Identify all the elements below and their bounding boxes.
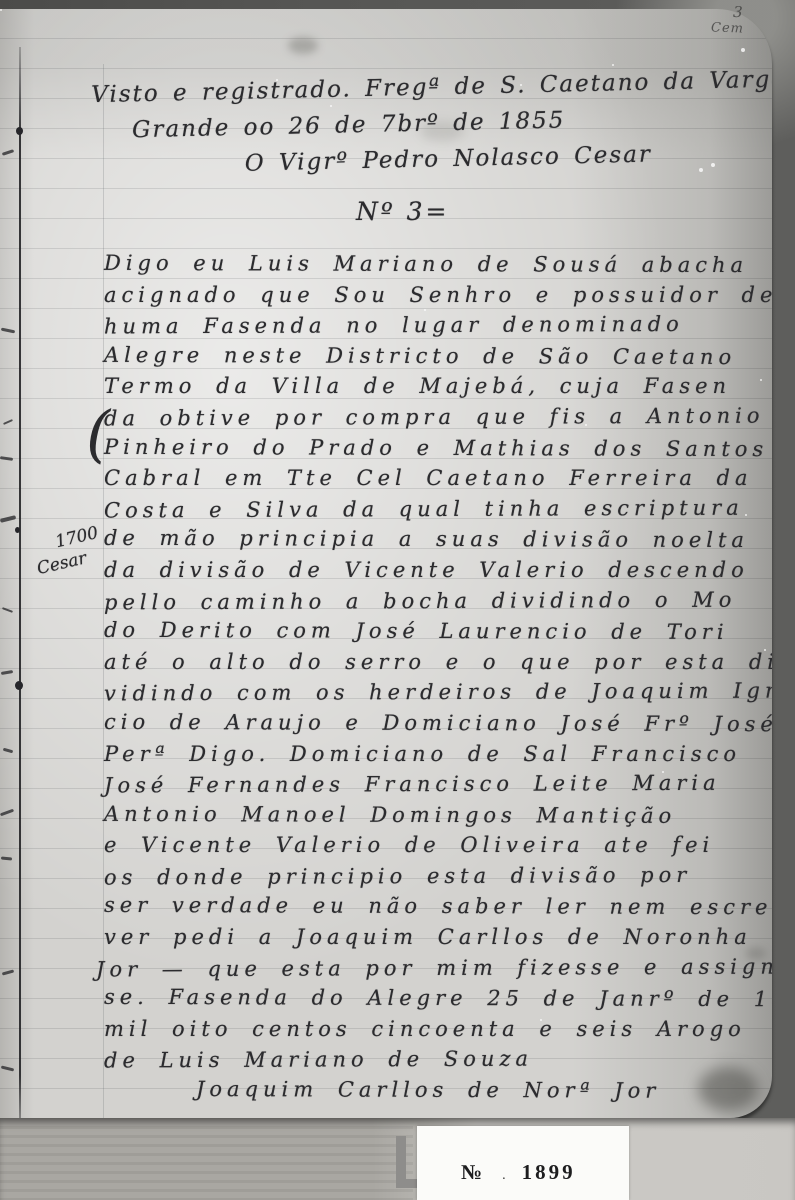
body-line: de mão principia a suas divisão noelta [104, 523, 772, 556]
body-line: Perª Digo. Domiciano de Sal Francisco [104, 739, 772, 770]
body-line: e Vicente Valerio de Oliveira ate fei [104, 830, 772, 861]
body-line: acignado que Sou Senhro e possuidor de [104, 280, 772, 311]
book-edge-texture [0, 1126, 413, 1200]
body-line: huma Fasenda no lugar denominado [104, 309, 772, 343]
body-line: pello caminho a bocha dividindo o Mo [104, 584, 772, 618]
sticker-row: № . 1899 [461, 1160, 629, 1185]
l-shaped-mark [396, 1136, 406, 1180]
body-line: Pinheiro do Prado e Mathias dos Santos [104, 431, 772, 464]
body-line: se. Fasenda do Alegre 25 de Janrº de 185… [104, 982, 772, 1015]
dust-specks [0, 9, 2, 11]
binding-knot [16, 127, 23, 135]
body-line: Termo da Villa de Majebá, cuja Fasen [104, 371, 772, 402]
body-line: vidindo com os herdeiros de Joaquim Igna [104, 676, 772, 710]
body-line: Jor — que esta por mim fizesse e assigna [96, 951, 772, 985]
body-line: mil oito centos cincoenta e seis Arogo [104, 1014, 772, 1045]
numero-sign: № [461, 1160, 482, 1185]
body-line: da divisão de Vicente Valerio descendo [104, 555, 772, 586]
body-line: Cabral em Tte Cel Caetano Ferreira da [104, 463, 772, 494]
body-line: Antonio Manoel Domingos Mantição [104, 799, 772, 832]
body-text: Digo eu Luis Mariano de Sousá abacha aci… [104, 249, 772, 1106]
body-line: Alegre neste Districto de São Caetano [104, 340, 772, 373]
body-line: Costa e Silva da qual tinha escriptura [104, 492, 772, 526]
body-line: ver pedi a Joaquim Carllos de Noronha [104, 922, 772, 953]
catalog-sticker: № . 1899 [417, 1126, 629, 1200]
body-line: do Derito com José Laurencio de Tori [104, 615, 772, 648]
body-line: Digo eu Luis Mariano de Sousá abacha [104, 248, 772, 281]
sticker-dot: . [502, 1168, 506, 1184]
document-number: Nº 3= [356, 197, 449, 226]
paper-stain [288, 37, 318, 54]
body-line: até o alto do serro e o que por esta di [104, 647, 772, 678]
signature-line: Joaquim Carllos de Norª Jor [196, 1074, 772, 1107]
document-page: Visto e registrado. Fregª de S. Caetano … [0, 9, 772, 1118]
binding-knot [15, 681, 23, 690]
binding-line [19, 47, 21, 1118]
photo-backdrop: Visto e registrado. Fregª de S. Caetano … [0, 0, 795, 1200]
sticker-number: 1899 [522, 1160, 576, 1185]
registration-note: Visto e registrado. Fregª de S. Caetano … [91, 61, 772, 185]
corner-page-number: 3 [733, 3, 743, 21]
body-line: cio de Araujo e Domiciano José Frº José [104, 707, 772, 740]
body-line: de Luis Mariano de Souza [104, 1043, 772, 1077]
corner-note-word: Cem [711, 20, 744, 36]
binding-knot [15, 527, 20, 533]
body-line: os donde principio esta divisão por [104, 859, 772, 893]
body-line: ser verdade eu não saber ler nem escre [104, 890, 772, 923]
body-line: José Fernandes Francisco Leite Maria [104, 768, 772, 802]
body-line: da obtive por compra que fis a Antonio [104, 401, 772, 435]
